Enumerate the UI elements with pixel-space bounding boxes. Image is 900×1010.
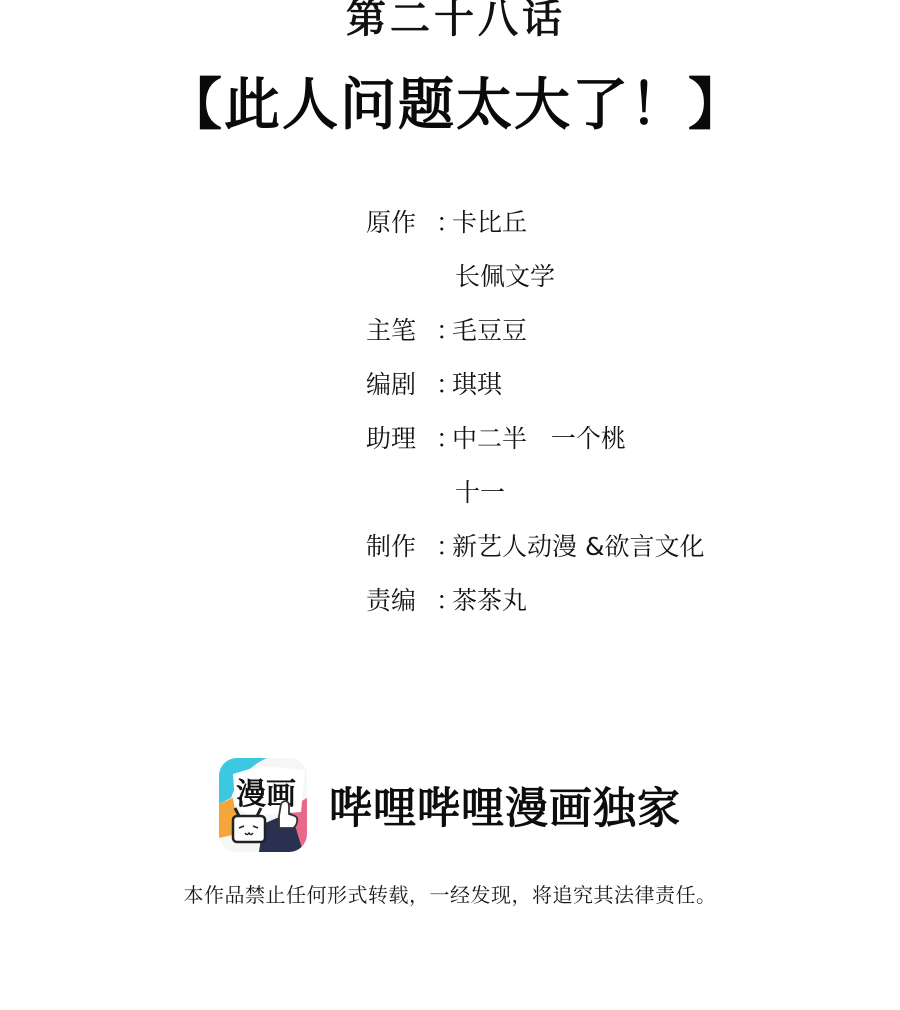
credit-colon: ：: [436, 316, 452, 346]
credit-row-screenwriter: 编剧 ： 琪琪: [366, 358, 786, 412]
credit-value: 新艺人动漫 &欲言文化: [452, 532, 704, 562]
publisher-name: 哔哩哔哩漫画独家: [329, 775, 681, 836]
credit-label: 原作: [366, 208, 436, 238]
bilibili-manga-app-icon: 漫画: [219, 758, 307, 852]
chapter-title: 【此人问题太大了！】: [0, 70, 900, 142]
credit-value: 中二半 一个桃: [452, 424, 626, 454]
credit-colon: ：: [436, 532, 452, 562]
credit-colon: ：: [436, 424, 452, 454]
credit-label: 助理: [366, 424, 436, 454]
credit-row-original-author: 原作 ： 卡比丘: [366, 196, 786, 250]
credit-label: 责编: [366, 586, 436, 616]
credit-row-production: 制作 ： 新艺人动漫 &欲言文化: [366, 520, 786, 574]
credit-colon: ：: [436, 586, 452, 616]
publisher-banner: 漫画 哔哩哔哩漫画独家: [219, 758, 681, 852]
credit-row-assistants: 助理 ： 中二半 一个桃: [366, 412, 786, 466]
chapter-number: 第二十八话: [0, 0, 900, 44]
credit-value: 十一: [452, 478, 505, 508]
credit-value: 卡比丘: [452, 208, 527, 238]
credit-colon: ：: [436, 370, 452, 400]
credit-row-assistants-cont: 十一: [366, 466, 786, 520]
credit-row-original-author-cont: 长佩文学: [366, 250, 786, 304]
credit-label: 编剧: [366, 370, 436, 400]
credits-list: 原作 ： 卡比丘 长佩文学 主笔 ： 毛豆豆 编剧 ： 琪琪 助理 ： 中二半 …: [366, 196, 786, 628]
credit-value: 茶茶丸: [452, 586, 527, 616]
credit-value: 毛豆豆: [452, 316, 527, 346]
credit-value: 琪琪: [452, 370, 502, 400]
credit-colon: ：: [436, 208, 452, 238]
credit-row-lead-artist: 主笔 ： 毛豆豆: [366, 304, 786, 358]
credit-label: 主笔: [366, 316, 436, 346]
credit-label: 制作: [366, 532, 436, 562]
copyright-notice: 本作品禁止任何形式转载，一经发现，将追究其法律责任。: [0, 880, 900, 910]
credit-value: 长佩文学: [452, 262, 555, 292]
credit-row-editor: 责编 ： 茶茶丸: [366, 574, 786, 628]
